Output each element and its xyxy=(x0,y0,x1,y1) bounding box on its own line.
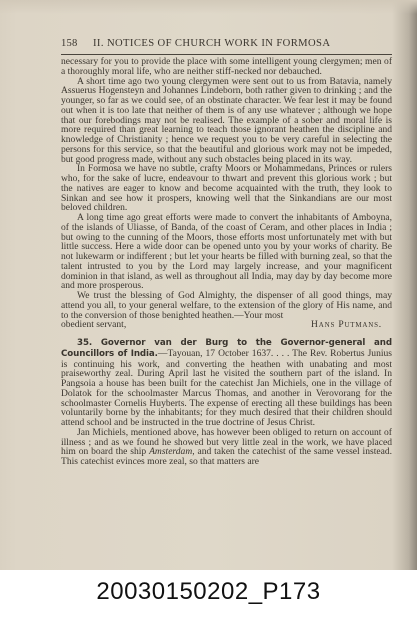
entry-35: 35. Governor van der Burg to the Governo… xyxy=(61,338,392,428)
paragraph: We trust the blessing of God Almighty, t… xyxy=(61,291,392,320)
salutation: obedient servant, xyxy=(61,320,126,330)
image-caption-id: 20030150202_P173 xyxy=(0,578,417,606)
entry-text: —Tayouan, 17 October 1637. . . . The Rev… xyxy=(61,348,392,428)
letter-closing: obedient servant, Hans Putmans. xyxy=(61,320,392,330)
book-page: 158 II. Notices of Church Work in Formos… xyxy=(61,38,392,467)
page-number: 158 xyxy=(61,38,93,49)
signature: Hans Putmans. xyxy=(311,320,392,330)
scanned-page-image: 158 II. Notices of Church Work in Formos… xyxy=(0,0,417,570)
page-body: necessary for you to provide the place w… xyxy=(61,57,392,467)
running-head: 158 II. Notices of Church Work in Formos… xyxy=(61,38,392,55)
paragraph: Jan Michiels, mentioned above, has howev… xyxy=(61,428,392,467)
paragraph: necessary for you to provide the place w… xyxy=(61,57,392,77)
paragraph: In Formosa we have no subtle, crafty Moo… xyxy=(61,164,392,213)
paragraph: A long time ago great efforts were made … xyxy=(61,213,392,291)
running-title: II. Notices of Church Work in Formosa xyxy=(93,38,330,49)
paragraph: A short time ago two young clergymen wer… xyxy=(61,77,392,165)
